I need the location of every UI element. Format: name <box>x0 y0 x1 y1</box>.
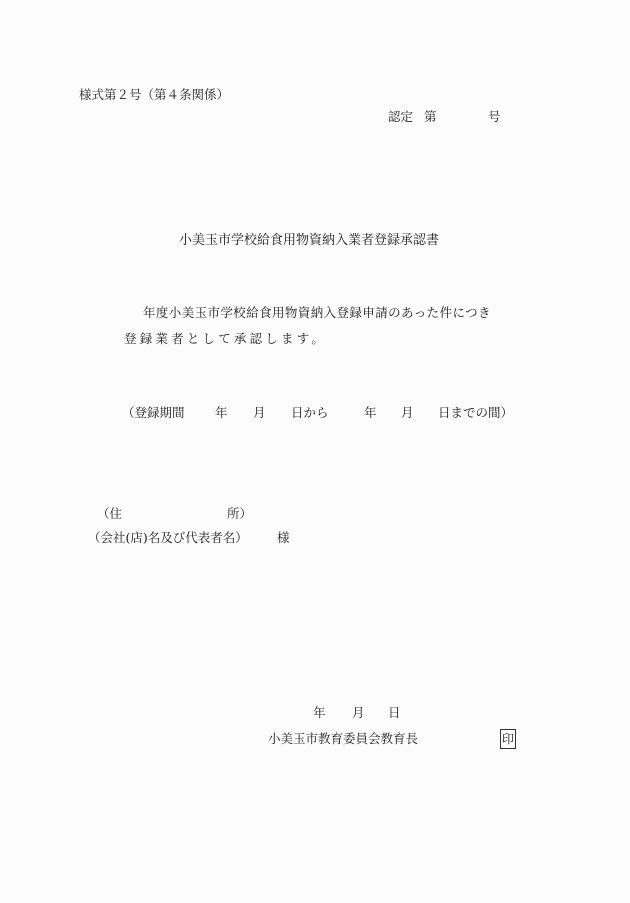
form-number: 様式第２号（第４条関係） <box>79 89 229 102</box>
period-from-day: 日から <box>291 407 329 420</box>
period-to-year: 年 <box>364 407 377 420</box>
issuer-name: 小美玉市教育委員会教育長 <box>268 733 418 746</box>
seal-icon: 印 <box>500 729 516 749</box>
honorific: 様 <box>277 532 290 545</box>
period-from-month: 月 <box>253 407 266 420</box>
certification-label: 認定 <box>388 111 413 124</box>
issue-date-day: 日 <box>388 707 401 720</box>
period-to-month: 月 <box>401 407 414 420</box>
address-label-close: 所） <box>227 508 252 521</box>
body-text-line-2: 登録業者として承認します。 <box>124 333 327 346</box>
certification-number-suffix: 号 <box>488 111 501 124</box>
address-label-open: （住 <box>97 508 122 521</box>
body-text-line-1: 年度小美玉市学校給食用物資納入登録申請のあった件につき <box>143 307 491 320</box>
period-to-day: 日までの間） <box>438 407 513 420</box>
document-title: 小美玉市学校給食用物資納入業者登録承認書 <box>179 234 439 247</box>
company-name-label: （会社(店)名及び代表者名） <box>88 532 248 545</box>
issue-date-year: 年 <box>313 707 326 720</box>
period-label: （登録期間 <box>122 407 185 420</box>
issue-date-month: 月 <box>352 707 365 720</box>
period-from-year: 年 <box>215 407 228 420</box>
certification-number-prefix: 第 <box>424 111 437 124</box>
